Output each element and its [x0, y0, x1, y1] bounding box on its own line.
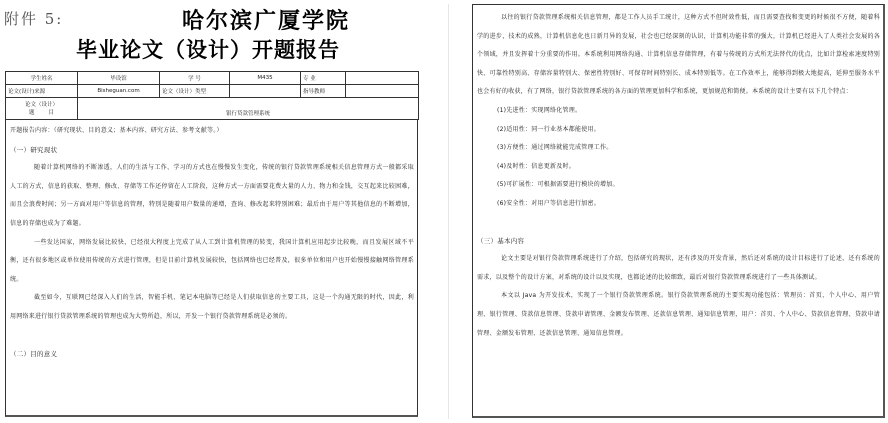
document-page-2: 以往的银行贷款管理系统相关信息管理，都是工作人员手工统计，这种方式不但时效性低，…	[460, 0, 888, 423]
thesis-title-value: 银行贷款管理系统	[78, 98, 419, 120]
advisor-value	[346, 85, 419, 98]
school-name-title: 哈尔滨广厦学院	[182, 4, 350, 35]
paragraph: 论文主要是对银行贷款管理系统进行了介绍，包括研究的现状，还有涉及的开发背景，然后…	[477, 250, 880, 287]
document-page-1: 附件 5: 哈尔滨广厦学院 毕业论文（设计）开题报告 学生姓名 毕设馆 学 号 …	[0, 0, 440, 423]
section-heading-purpose: （二）目的意义	[10, 345, 414, 364]
paragraph: 一些发达国家，网络发展比较快，已经很大程度上完成了从人工到计算机管理的转变，我国…	[10, 234, 414, 290]
report-content-text: 以往的银行贷款管理系统相关信息管理，都是工作人员手工统计，这种方式不但时效性低，…	[477, 9, 880, 343]
section-heading-basic-content: （三）基本内容	[477, 232, 880, 251]
paragraph: 以往的银行贷款管理系统相关信息管理，都是工作人员手工统计，这种方式不但时效性低，…	[477, 9, 880, 102]
thesis-source-label: 论文(设计)来源	[6, 85, 78, 98]
paragraph: 本文以 Java 为开发技术，实现了一个银行贷款管理系统。银行贷款管理系统的主要…	[477, 287, 880, 343]
table-row: 论文(设计)来源 Bisheguan.com 论文（设计）类型 指导教师	[6, 85, 419, 98]
feature-item: (6)安全性：对用户等信息进行加密。	[477, 195, 880, 214]
report-content-text: 开题报告内容：（研究现状、目的意义；基本内容、研究方法、参考文献等。） （一）研…	[10, 122, 414, 363]
major-label: 专 业	[301, 72, 346, 85]
section-heading-research-status: （一）研究现状	[10, 141, 414, 160]
feature-item: (4)及时性：信息更新及时。	[477, 158, 880, 177]
feature-item: (1)先进性：实现网络化管理。	[477, 102, 880, 121]
attachment-label: 附件 5:	[4, 8, 63, 29]
content-note: 开题报告内容：（研究现状、目的意义；基本内容、研究方法、参考文献等。）	[10, 122, 414, 141]
report-content-box: 以往的银行贷款管理系统相关信息管理，都是工作人员手工统计，这种方式不但时效性低，…	[472, 4, 885, 418]
thesis-title-label-line1: 论文（设计）	[8, 101, 75, 109]
thesis-type-label: 论文（设计）类型	[160, 85, 230, 98]
report-title: 毕业论文（设计）开题报告	[76, 34, 340, 64]
student-id-value: M435	[230, 72, 301, 85]
thesis-title-label-line2: 题 目	[8, 109, 75, 117]
student-id-label: 学 号	[160, 72, 230, 85]
student-info-table: 学生姓名 毕设馆 学 号 M435 专 业 论文(设计)来源 Bisheguan…	[5, 71, 419, 120]
table-row: 论文（设计） 题 目 银行贷款管理系统	[6, 98, 419, 120]
thesis-title-label: 论文（设计） 题 目	[6, 98, 78, 120]
feature-item: (3)方便性：通过网络就能完成管理工作。	[477, 139, 880, 158]
table-row: 学生姓名 毕设馆 学 号 M435 专 业	[6, 72, 419, 85]
thesis-type-value	[230, 85, 301, 98]
feature-item: (2)适用性：同一行业基本都能使用。	[477, 121, 880, 140]
paragraph: 截至如今，互联网已经深入人们的生活，智能手机、笔记本电脑等已经是人们获取信息的主…	[10, 289, 414, 326]
paragraph: 随着计算机网络的不断渗透，人们的生活与工作、学习的方式也在慢慢发生变化，传统的银…	[10, 159, 414, 233]
thesis-source-value: Bisheguan.com	[78, 85, 160, 98]
advisor-label: 指导教师	[301, 85, 346, 98]
feature-item: (5)可扩展性：可根据需要进行模块的增加。	[477, 176, 880, 195]
student-name-value: 毕设馆	[78, 72, 160, 85]
page-divider	[448, 4, 449, 419]
major-value	[346, 72, 419, 85]
report-content-box: 开题报告内容：（研究现状、目的意义；基本内容、研究方法、参考文献等。） （一）研…	[5, 119, 418, 417]
student-name-label: 学生姓名	[6, 72, 78, 85]
